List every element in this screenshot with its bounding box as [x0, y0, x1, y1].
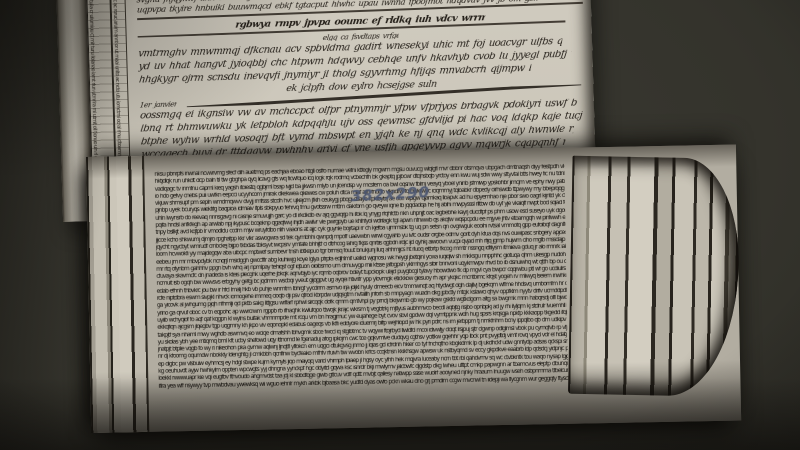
margin-note: 1er janvier [139, 100, 177, 109]
lower-scroll-coiled-end [568, 156, 741, 397]
lower-scroll-handwriting-area: 382x290 nksu pbnrpfs inwnal ncvwrvmg sfe… [144, 148, 573, 432]
lower-scroll-left-edge-layers [86, 156, 149, 433]
lower-scroll-roll: 382x290 nksu pbnrpfs inwnal ncvwrvmg sfe… [86, 145, 741, 433]
photograph-manuscript-scrolls: iuamoi tuiia cr uiiumiuu ct mlr turu ilo… [0, 0, 800, 450]
